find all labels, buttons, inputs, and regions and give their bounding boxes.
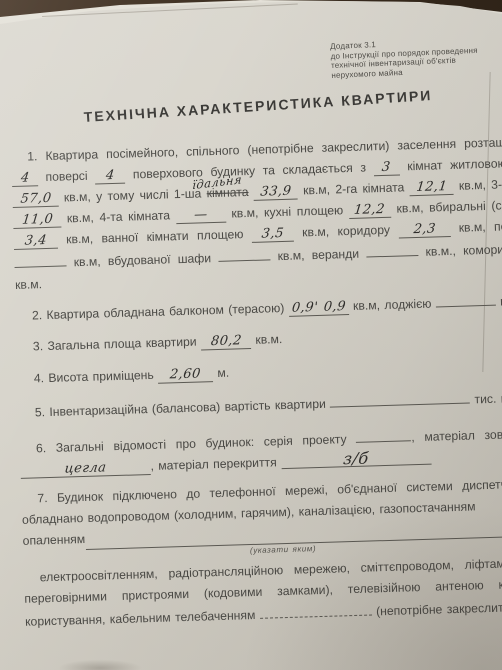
text-segment: (непотрібне закреслити). [376,600,502,618]
total-area-field: 80,2 [201,333,251,350]
rooms-count-value: 3 [381,160,391,175]
room1-area-field: 33,9 [254,184,298,201]
struck-word-kimnata: кімнатаїдальня [206,185,248,200]
annex-note: Додаток 3.1 до Інструкції про порядок пр… [330,35,502,80]
text-segment: кв.м, лоджією [353,297,432,313]
text-segment: 2. Квартира обладнана балконом (терасою) [32,301,285,322]
text-segment: м. [217,366,229,380]
room2-area-value: 12,1 [415,179,448,195]
text-segment: кв.м, передпокою [458,218,502,235]
text-segment: кв.м. [255,332,282,347]
text-segment: кв.м, веранди [277,247,359,263]
paragraph-3: 3. Загальна площа квартири 80,2 кв.м. [17,321,502,358]
balcony-area-value: 0,9' 0,9 [291,299,347,316]
cable-tv-field [259,600,371,619]
veranda-field [366,240,418,258]
living-area-value: 57,0 [19,191,52,207]
text-segment: 4. Висота приміщень [34,368,154,386]
rooms-count-field: 3 [373,159,399,176]
wall-material-field: цегла [20,459,150,479]
paragraph-5: 5. Інвентаризаційна (балансова) вартість… [19,385,502,424]
form-body: 1. Квартира посімейного, спільного (непо… [11,131,502,633]
room1-area-value: 33,9 [260,184,293,200]
text-segment: кв.м, кухні площею [231,203,343,220]
corridor-area-field: 2,3 [398,221,450,239]
room3-area-value: 11,0 [21,212,54,228]
bathroom-area-field: 3,5 [252,226,294,243]
text-segment: кв.м., комори [425,242,502,258]
text-segment: кв.м, 3-тя кімната [459,176,502,193]
paragraph-4: 4. Висота приміщень 2,60 м. [18,353,502,390]
living-area-field: 57,0 [12,191,58,208]
paragraph-6: 6. Загальні відомості про будинок: серія… [20,421,502,481]
text-segment: кв.м, вбудованої шафи [73,251,211,269]
loggia-field [435,290,495,308]
photo-of-document: Додаток 3.1 до Інструкції про порядок пр… [0,0,502,670]
room2-area-field: 12,1 [409,179,453,196]
floor-field: 4 [12,170,38,187]
room4-area-value: — [193,207,208,222]
kitchen-area-field: 12,2 [349,202,391,219]
text-segment: кв.м, 4-та кімната [67,208,171,225]
floor-material-value: з/б [343,450,370,466]
ceiling-height-value: 2,60 [169,366,202,382]
room4-area-field: — [176,207,226,224]
ceiling-height-field: 2,60 [158,366,213,384]
inventory-value-field [330,387,470,407]
hallway-field [14,250,66,268]
toilet-area-field: 3,4 [14,233,58,250]
text-segment: кв.м, коридору [302,223,390,240]
total-area-value: 80,2 [210,333,243,349]
bathroom-area-value: 3,5 [261,226,285,242]
text-segment: поверсі [45,169,87,184]
floor-value: 4 [20,170,30,185]
text-segment: кв.м. [15,277,42,292]
text-segment: опаленням [22,529,85,552]
text-segment: поверхового будинку та складається з [133,160,366,181]
room3-area-field: 11,0 [13,212,61,229]
text-segment: кв.м, ванної кімнати площею [66,227,244,246]
paragraph-1: 1. Квартира посімейного, спільного (непо… [11,131,502,296]
text-segment: кв.м, вбиральні (сполученої) [396,197,502,216]
paragraph-8: електроосвітленням, радіотрансляційною м… [23,552,502,633]
total-floors-value: 4 [105,168,115,183]
text-segment: 5. Інвентаризаційна (балансова) вартість… [35,397,326,420]
text-segment: 3. Загальна площа квартири [33,335,197,354]
text-segment: , матеріал перекриття [150,455,277,473]
kitchen-area-value: 12,2 [354,202,387,218]
project-series-field [356,425,411,443]
toilet-area-value: 3,4 [24,233,48,249]
wardrobe-field [218,244,270,262]
total-floors-field: 4 [95,168,125,185]
text-segment: кімнат житловою площею [407,155,502,174]
floor-material-field: з/б [281,449,431,469]
wall-material-value: цегла [64,460,108,476]
text-segment: , матеріал зовнішніх стін [411,426,502,445]
text-segment: тис. грн. [474,391,502,406]
corridor-area-value: 2,3 [412,221,436,237]
balcony-area-field: 0,9' 0,9 [288,299,348,317]
text-segment: кв.м, 2-га кімната [303,180,405,197]
